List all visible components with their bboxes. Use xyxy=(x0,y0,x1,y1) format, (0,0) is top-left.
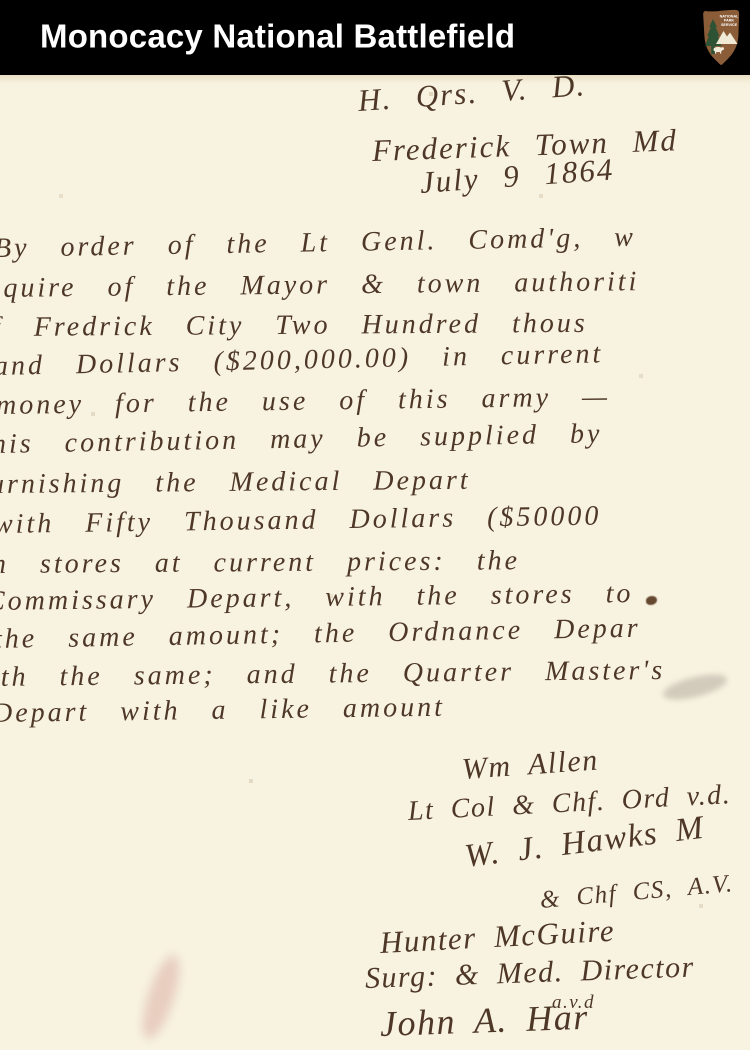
park-banner: Monocacy National Battlefield NATIONAL P… xyxy=(0,0,750,75)
nps-arrowhead-logo: NATIONAL PARK SERVICE xyxy=(701,8,741,66)
letter-line: Depart with a like amount xyxy=(0,692,445,730)
letter-line: n stores at current prices: the xyxy=(0,545,520,581)
letter-line: with Fifty Thousand Dollars ($50000 xyxy=(0,501,602,541)
letter-line: his contribution may be supplied by xyxy=(0,418,603,461)
page: Monocacy National Battlefield NATIONAL P… xyxy=(0,0,750,1050)
signature-line: Wm Allen xyxy=(461,743,600,786)
ink-blot xyxy=(646,596,657,605)
letter-line: f Fredrick City Two Hundred thous xyxy=(0,308,588,344)
letter-scan: H. Qrs. V. D. Frederick Town Md July 9 1… xyxy=(0,75,750,1050)
letter-line: urnishing the Medical Depart xyxy=(0,465,471,501)
signature-line: & Chf CS, A.V. xyxy=(539,870,735,915)
letter-dateline: H. Qrs. V. D. xyxy=(357,75,587,119)
signature-line: John A. Har xyxy=(379,996,589,1045)
letter-line: equire of the Mayor & town authoriti xyxy=(0,266,640,305)
letter-line: and Dollars ($200,000.00) in current xyxy=(0,338,604,383)
letter-line: Commissary Depart, with the stores to xyxy=(0,578,634,618)
paper-stain xyxy=(135,951,187,1043)
park-title: Monocacy National Battlefield xyxy=(40,17,515,55)
letter-line: ith the same; and the Quarter Master's xyxy=(0,655,665,694)
letter-line: By order of the Lt Genl. Comd'g, w xyxy=(0,222,636,265)
letter-line: money for the use of this army — xyxy=(0,381,610,422)
ink-smudge xyxy=(661,669,730,704)
logo-text-service: SERVICE xyxy=(721,23,738,27)
letter-line: the same amount; the Ordnance Depar xyxy=(0,613,641,656)
nps-arrowhead-svg: NATIONAL PARK SERVICE xyxy=(701,8,741,66)
